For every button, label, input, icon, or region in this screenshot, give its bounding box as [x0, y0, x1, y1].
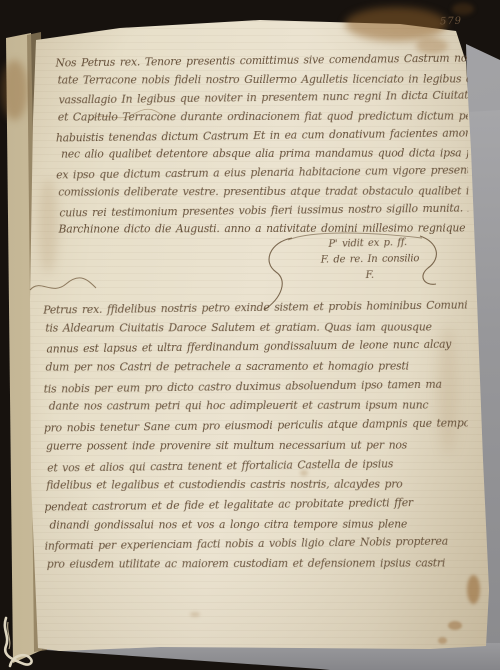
text-block-2: Petrus rex. ffidelibus nostris petro exi…	[43, 297, 469, 575]
folio-number: 579	[440, 16, 462, 28]
text-block-1: Nos Petrus rex. Tenore presentis comitti…	[55, 51, 468, 240]
text-line: comissionis deliberate vestre. presentib…	[58, 182, 468, 202]
signature-block: P' vidit ex p. ff.F. de re. In consilioF…	[288, 235, 449, 286]
text-line: F.	[291, 266, 448, 285]
text-line: pendeat castrorum et de fide et legalita…	[44, 492, 468, 517]
manuscript-photo: 579 Nos Petrus rex. Tenore presentis com…	[0, 0, 500, 670]
text-line: guerre possent inde provenire sit multum…	[46, 435, 469, 456]
text-line: pro eiusdem utilitate ac maiorem custodi…	[47, 553, 469, 574]
stain	[452, 3, 474, 15]
